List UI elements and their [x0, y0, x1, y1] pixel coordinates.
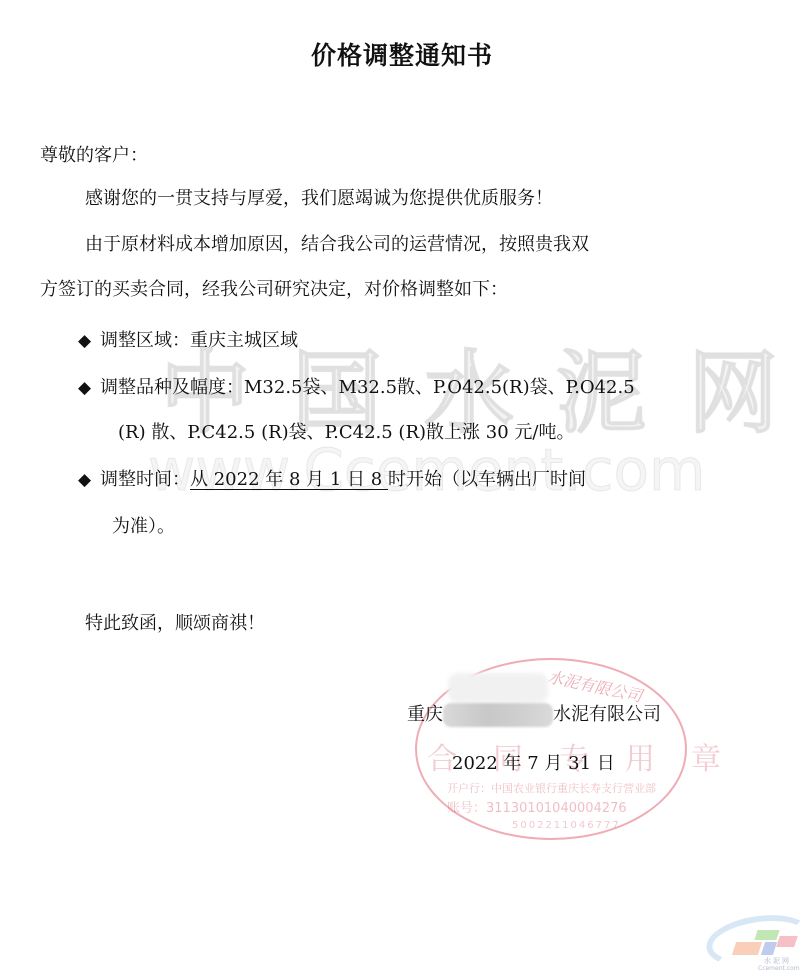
seal-account-line: 账号：31130101040004276: [447, 797, 627, 816]
diamond-bullet-icon: ◆: [78, 468, 100, 492]
seal-arc-text: 水泥有限公司: [546, 664, 645, 706]
signature-date: 2022 年 7 月 31 日: [452, 752, 615, 776]
item-time-rest: 时开始（以车辆出厂时间: [388, 469, 586, 490]
closing-remark: 特此致函，顺颂商祺！: [85, 612, 265, 636]
item-time-label: 调整时间：: [100, 469, 190, 490]
item-time-start-date: 从 2022 年 8 月 1 日 8: [190, 469, 388, 490]
ccement-logo: 水泥网 Ccement.com: [700, 908, 804, 973]
logo-square-icon: [732, 942, 762, 955]
item-products-value-line1: M32.5袋、M32.5散、P.O42.5(R)袋、P.O42.5: [244, 377, 635, 398]
item-region-label: 调整区域：: [100, 330, 190, 351]
seal-code-line: 5002211046777: [512, 820, 621, 831]
logo-square-icon: [754, 930, 779, 940]
salutation: 尊敬的客户：: [40, 144, 148, 168]
diamond-bullet-icon: ◆: [78, 376, 100, 400]
signature-company: 重庆水泥有限公司: [407, 703, 661, 727]
company-suffix: 水泥有限公司: [553, 704, 661, 725]
logo-en-text: Ccement.com: [758, 965, 800, 972]
item-region-value: 重庆主城区域: [190, 330, 298, 351]
item-products-label: 调整品种及幅度：: [100, 377, 244, 398]
document-page: 中国水泥网 www.Ccement.com 价格调整通知书 尊敬的客户： 感谢您…: [0, 0, 804, 973]
logo-square-icon: [776, 936, 798, 947]
paragraph-reason-line2: 方签订的买卖合同，经我公司研究决定，对价格调整如下：: [40, 278, 508, 302]
paragraph-reason-line1: 由于原材料成本增加原因，结合我公司的运营情况，按照贵我双: [85, 233, 589, 257]
redaction-blur: [443, 703, 553, 727]
item-region: ◆调整区域：重庆主城区域: [78, 329, 298, 353]
item-products-value-line2: (R) 散、P.C42.5 (R)袋、P.C42.5 (R)散上涨 30 元/吨…: [118, 421, 574, 445]
item-time: ◆调整时间：从 2022 年 8 月 1 日 8 时开始（以车辆出厂时间: [78, 468, 586, 492]
diamond-bullet-icon: ◆: [78, 329, 100, 353]
item-products: ◆调整品种及幅度：M32.5袋、M32.5散、P.O42.5(R)袋、P.O42…: [78, 376, 635, 400]
paragraph-thanks: 感谢您的一贯支持与厚爱，我们愿竭诚为您提供优质服务！: [85, 187, 553, 211]
document-title: 价格调整通知书: [0, 36, 804, 72]
seal-bank-line: 开户行：中国农业银行重庆长寿支行营业部: [447, 780, 656, 796]
redaction-blur-top: [448, 673, 548, 703]
item-time-value-line2: 为准）。: [112, 515, 175, 539]
company-prefix: 重庆: [407, 704, 443, 725]
